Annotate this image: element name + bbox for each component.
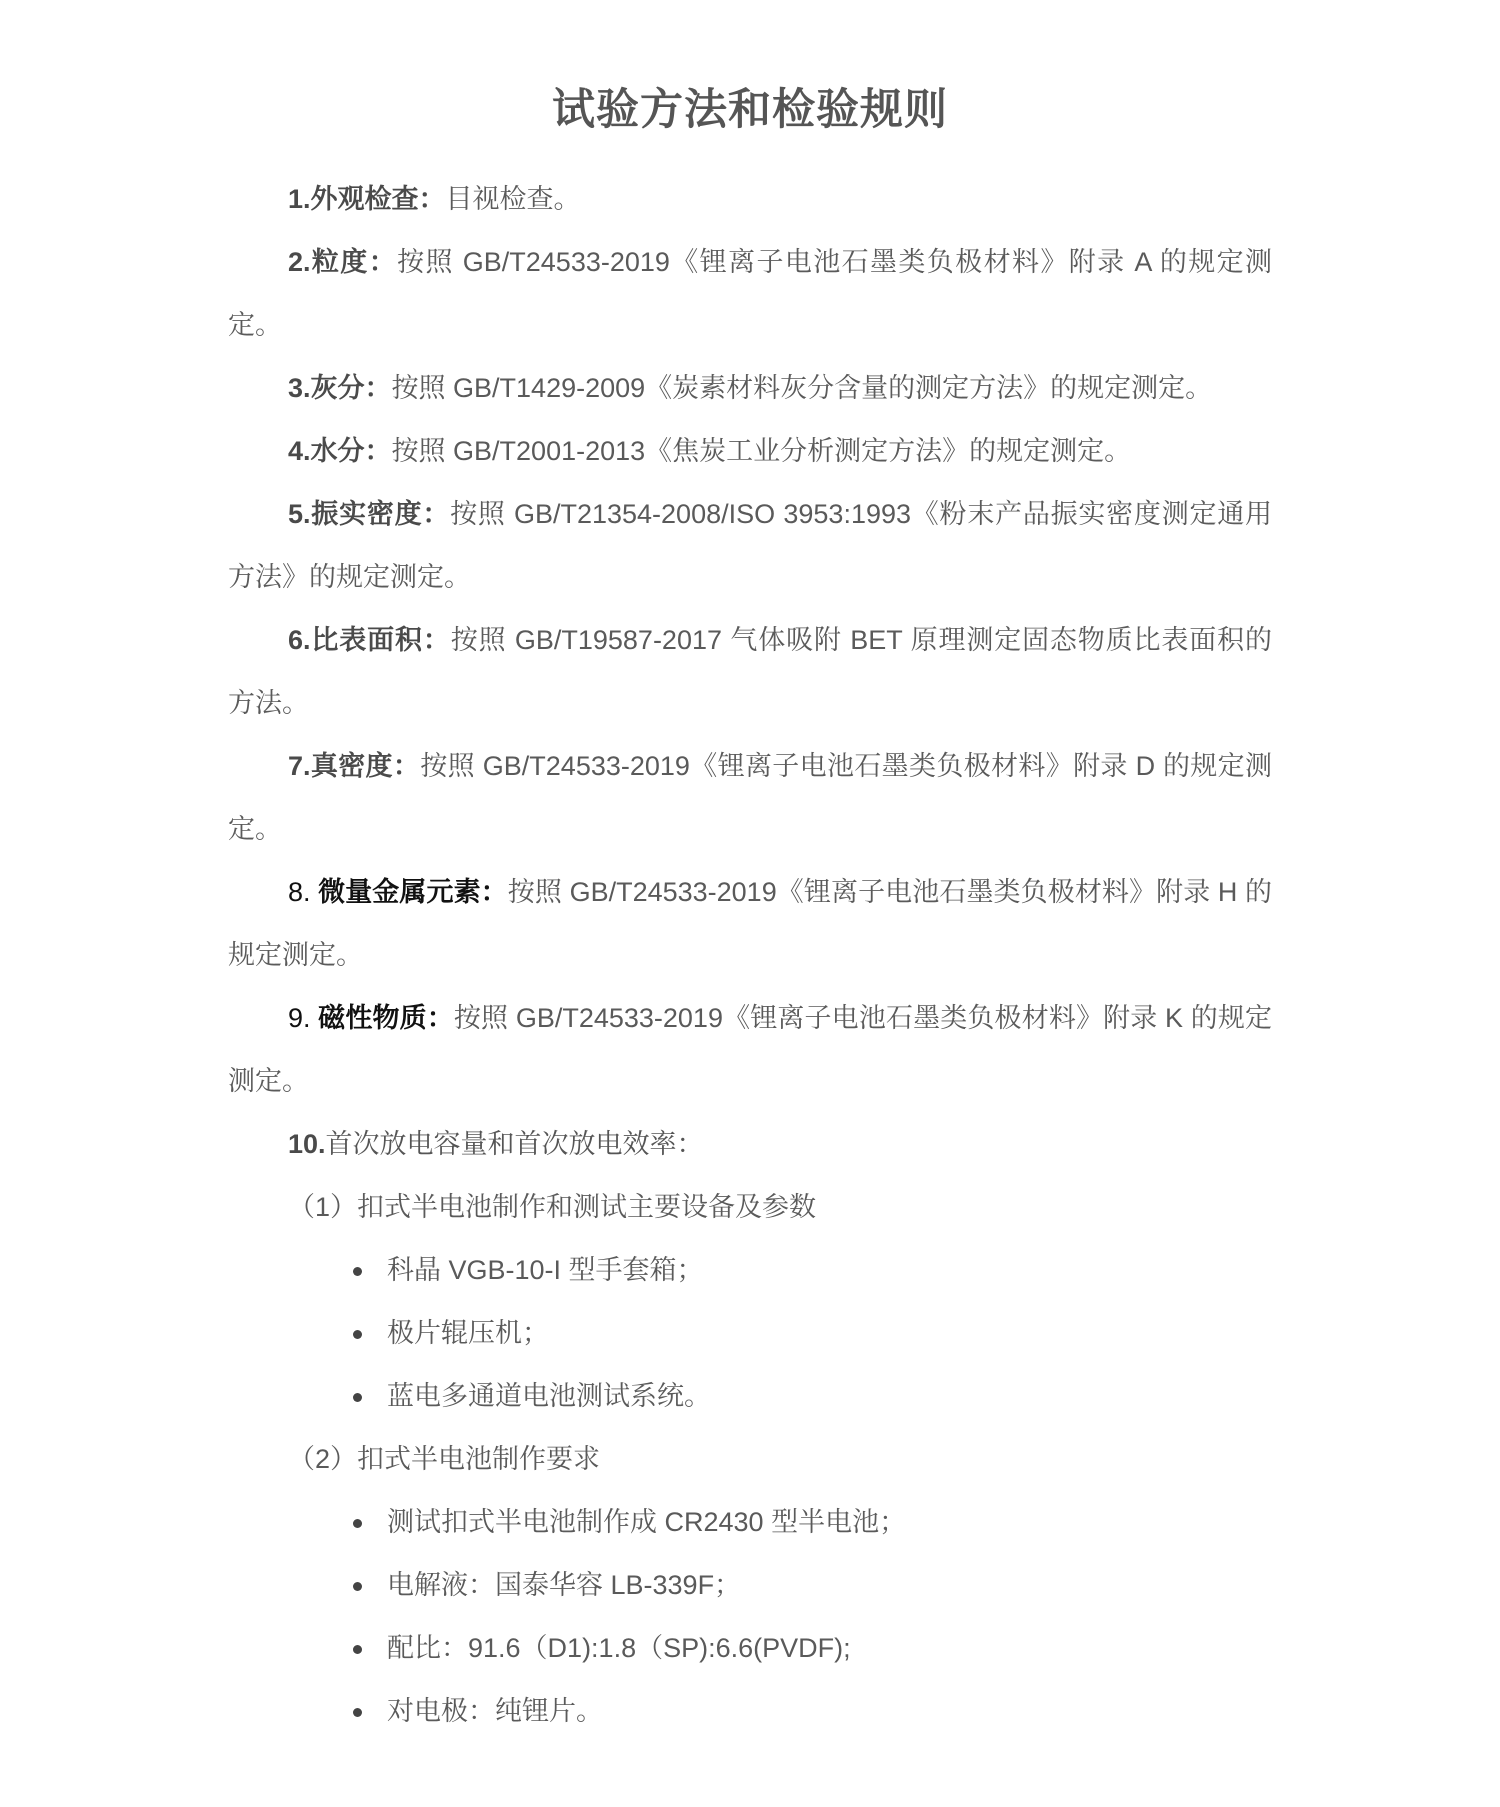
subsection-equipment-heading: （1）扣式半电池制作和测试主要设备及参数 (228, 1176, 1272, 1239)
list-item-text: 电解液：国泰华容 LB-339F； (387, 1570, 741, 1600)
list-item-text: 科晶 VGB-10-I 型手套箱； (387, 1255, 704, 1285)
list-item-text: 配比：91.6（D1):1.8（SP):6.6(PVDF); (387, 1633, 851, 1663)
requirements-list: 测试扣式半电池制作成 CR2430 型半电池； 电解液：国泰华容 LB-339F… (228, 1491, 1272, 1743)
item-text: 按照 GB/T2001-2013《焦炭工业分析测定方法》的规定测定。 (392, 436, 1132, 466)
item-number: 4. (288, 436, 311, 466)
item-number: 3. (288, 373, 311, 403)
item-specific-surface-area: 6.比表面积：按照 GB/T19587-2017 气体吸附 BET 原理测定固态… (228, 609, 1272, 735)
list-item-text: 测试扣式半电池制作成 CR2430 型半电池； (387, 1507, 906, 1537)
item-number: 1. (288, 184, 311, 214)
item-number: 10. (288, 1129, 326, 1159)
list-item: 测试扣式半电池制作成 CR2430 型半电池； (353, 1491, 1272, 1554)
list-item: 电解液：国泰华容 LB-339F； (353, 1554, 1272, 1617)
item-label: 微量金属元素： (318, 877, 508, 907)
item-number: 5. (288, 499, 311, 529)
item-label: 外观检查： (311, 184, 446, 214)
item-tap-density: 5.振实密度：按照 GB/T21354-2008/ISO 3953:1993《粉… (228, 483, 1272, 609)
item-label: 水分： (311, 436, 392, 466)
item-label: 粒度： (311, 247, 398, 277)
item-appearance: 1.外观检查：目视检查。 (228, 168, 1272, 231)
item-magnetic-substances: 9. 磁性物质：按照 GB/T24533-2019《锂离子电池石墨类负极材料》附… (228, 987, 1272, 1113)
item-label: 首次放电容量和首次放电效率： (326, 1129, 704, 1159)
item-number: 6. (288, 625, 311, 655)
item-label: 磁性物质： (318, 1003, 454, 1033)
item-moisture: 4.水分：按照 GB/T2001-2013《焦炭工业分析测定方法》的规定测定。 (228, 420, 1272, 483)
bullet-icon (353, 1645, 362, 1654)
item-text: 目视检查。 (446, 184, 581, 214)
item-label: 比表面积： (311, 625, 451, 655)
bullet-icon (353, 1519, 362, 1528)
bullet-icon (353, 1330, 362, 1339)
document-body: 1.外观检查：目视检查。 2.粒度：按照 GB/T24533-2019《锂离子电… (228, 168, 1272, 1743)
list-item: 配比：91.6（D1):1.8（SP):6.6(PVDF); (353, 1617, 1272, 1680)
list-item: 科晶 VGB-10-I 型手套箱； (353, 1239, 1272, 1302)
item-number: 8. (288, 877, 318, 907)
item-number: 9. (288, 1003, 318, 1033)
list-item-text: 极片辊压机； (387, 1318, 549, 1348)
bullet-icon (353, 1708, 362, 1717)
item-ash: 3.灰分：按照 GB/T1429-2009《炭素材料灰分含量的测定方法》的规定测… (228, 357, 1272, 420)
equipment-list: 科晶 VGB-10-I 型手套箱； 极片辊压机； 蓝电多通道电池测试系统。 (228, 1239, 1272, 1428)
item-label: 灰分： (311, 373, 392, 403)
item-text: 按照 GB/T1429-2009《炭素材料灰分含量的测定方法》的规定测定。 (392, 373, 1213, 403)
bullet-icon (353, 1267, 362, 1276)
item-number: 7. (288, 751, 311, 781)
list-item-text: 蓝电多通道电池测试系统。 (387, 1381, 711, 1411)
item-true-density: 7.真密度：按照 GB/T24533-2019《锂离子电池石墨类负极材料》附录 … (228, 735, 1272, 861)
subsection-requirements-heading: （2）扣式半电池制作要求 (228, 1428, 1272, 1491)
item-number: 2. (288, 247, 311, 277)
item-label: 振实密度： (311, 499, 451, 529)
item-particle-size: 2.粒度：按照 GB/T24533-2019《锂离子电池石墨类负极材料》附录 A… (228, 231, 1272, 357)
list-item-text: 对电极：纯锂片。 (387, 1696, 603, 1726)
list-item: 蓝电多通道电池测试系统。 (353, 1365, 1272, 1428)
list-item: 极片辊压机； (353, 1302, 1272, 1365)
bullet-icon (353, 1582, 362, 1591)
item-trace-metals: 8. 微量金属元素：按照 GB/T24533-2019《锂离子电池石墨类负极材料… (228, 861, 1272, 987)
item-label: 真密度： (311, 751, 421, 781)
bullet-icon (353, 1393, 362, 1402)
list-item: 对电极：纯锂片。 (353, 1680, 1272, 1743)
document-title: 试验方法和检验规则 (228, 80, 1272, 140)
item-first-discharge: 10.首次放电容量和首次放电效率： (228, 1113, 1272, 1176)
